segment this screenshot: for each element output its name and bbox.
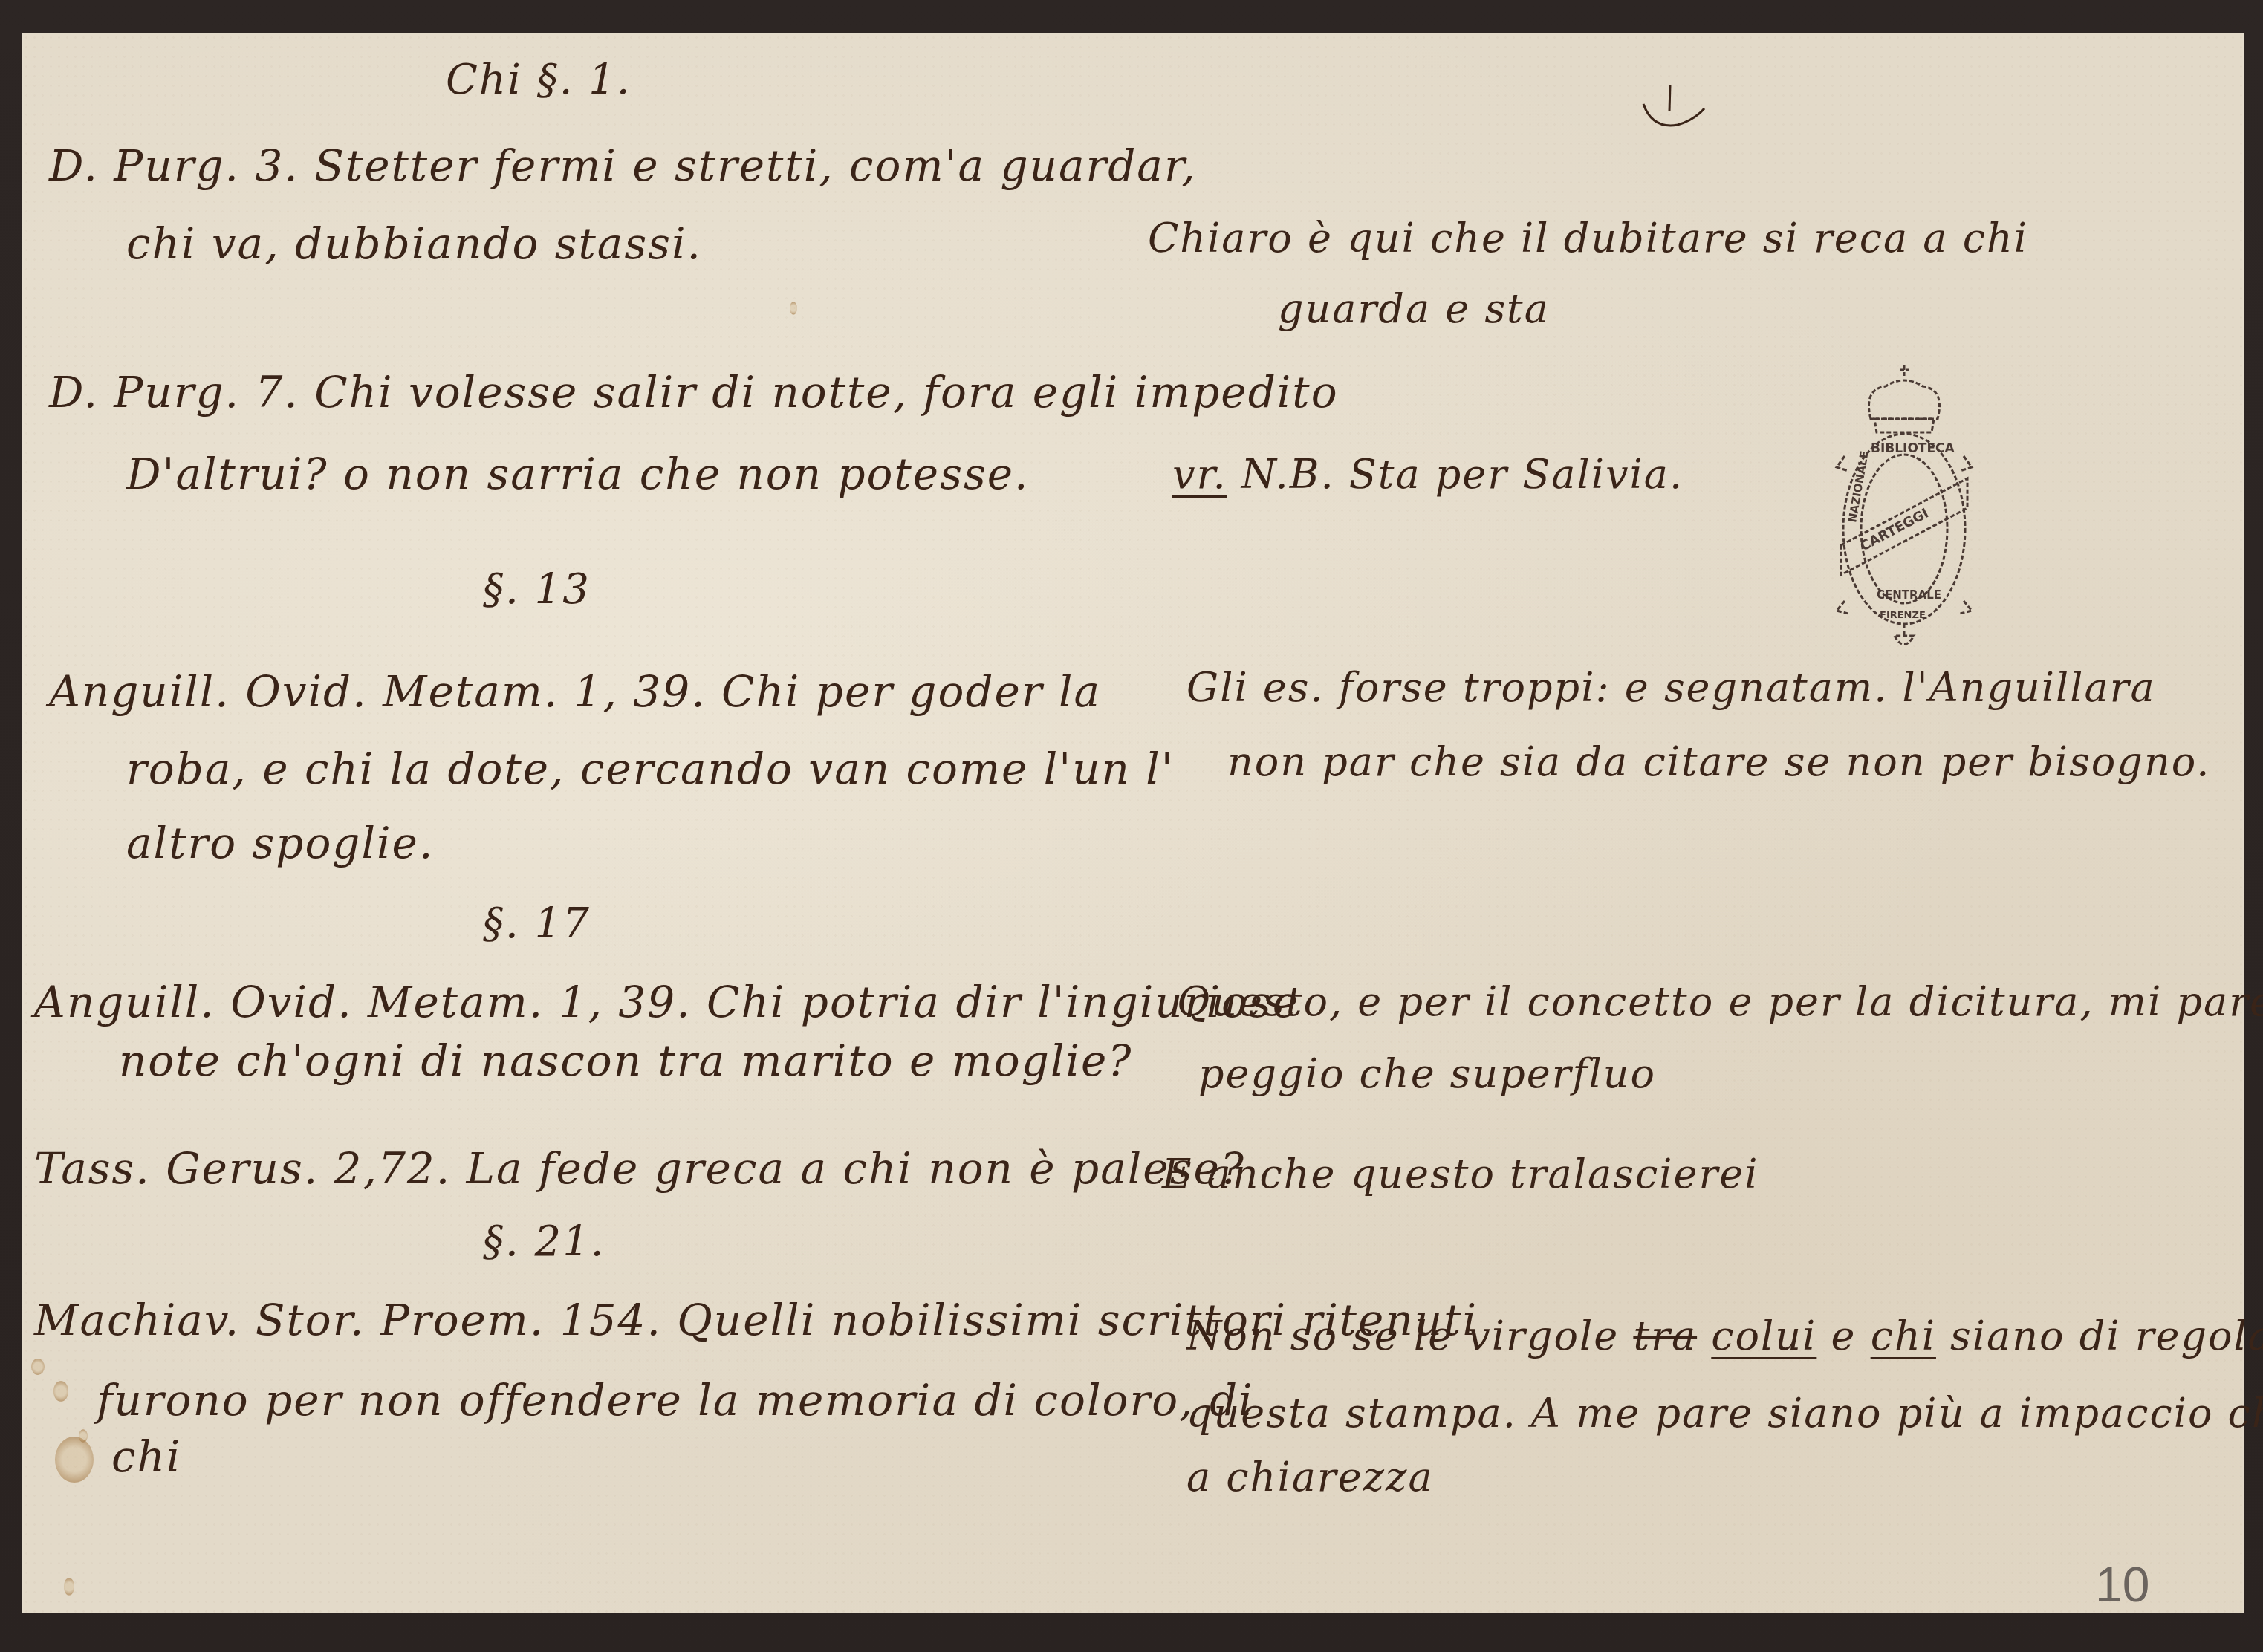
- foxing-stain: [31, 1359, 45, 1375]
- note-virgole-space: [1697, 1313, 1711, 1359]
- section-21-line2: furono per non offendere la memoria di c…: [97, 1379, 1254, 1422]
- note-vr-prefix: vr.: [1172, 451, 1227, 498]
- foxing-stain: [53, 1381, 68, 1402]
- section-17-metam-line1: Anguill. Ovid. Metam. 1, 39. Chi potria …: [34, 981, 1299, 1024]
- section-17-tasso-line: Tass. Gerus. 2,72. La fede greca a chi n…: [34, 1147, 1245, 1190]
- heading-section-13: §. 13: [483, 569, 591, 611]
- library-stamp-icon: BIBLIOTECA NAZIONALE CARTEGGI CENTRALE F…: [1834, 360, 1975, 649]
- manuscript-sheet: Chi §. 1. D. Purg. 3. Stetter fermi e st…: [22, 33, 2244, 1613]
- note-chiaro-line2: guarda e sta: [1278, 289, 1550, 329]
- foxing-stain: [55, 1437, 94, 1483]
- note-virgole-text: Non so se le virgole: [1186, 1313, 1633, 1359]
- foxing-stain: [79, 1429, 88, 1443]
- note-gli-es-line2: non par che sia da citare se non per bis…: [1227, 742, 2210, 782]
- stamp-text-biblioteca: BIBLIOTECA: [1871, 441, 1955, 456]
- folio-mark-icon: [1627, 76, 1716, 135]
- entry-purg3-line1: D. Purg. 3. Stetter fermi e stretti, com…: [49, 144, 1197, 187]
- entry-purg7-line1: D. Purg. 7. Chi volesse salir di notte, …: [49, 371, 1339, 414]
- note-virgole-underlined-chi: chi: [1871, 1313, 1936, 1359]
- section-13-line2: roba, e chi la dote, cercando van come l…: [126, 747, 1175, 790]
- heading-section-17: §. 17: [483, 903, 591, 945]
- note-virgole-underlined-colui: colui: [1711, 1313, 1816, 1359]
- section-13-line3: altro spoglie.: [126, 822, 434, 865]
- note-virgole-line1: Non so se le virgole tra colui e chi sia…: [1186, 1316, 2263, 1356]
- heading-chi-section-1: Chi §. 1.: [446, 59, 632, 101]
- note-gli-es-line1: Gli es. forse troppi: e segnatam. l'Angu…: [1186, 668, 2156, 708]
- note-virgole-text: e: [1816, 1313, 1870, 1359]
- note-questo-line1: Questo, e per il concetto e per la dicit…: [1177, 982, 2263, 1022]
- foxing-stain: [64, 1578, 74, 1596]
- section-17-metam-line2: note ch'ogni di nascon tra marito e mogl…: [119, 1039, 1132, 1082]
- note-questo-line2: peggio che superfluo: [1198, 1054, 1656, 1094]
- svg-text:CENTRALE: CENTRALE: [1877, 588, 1941, 602]
- note-virgole-text: siano di regola in: [1936, 1313, 2263, 1359]
- note-anche-questo: E anche questo tralascierei: [1162, 1154, 1759, 1194]
- note-virgole-line2: questa stampa. A me pare siano più a imp…: [1186, 1394, 2263, 1434]
- entry-purg7-line2: D'altrui? o non sarria che non potesse.: [126, 452, 1029, 495]
- note-virgole-line3: a chiarezza: [1186, 1457, 1434, 1497]
- foxing-stain: [790, 302, 797, 315]
- note-chiaro-line1: Chiaro è qui che il dubitare si reca a c…: [1148, 218, 2028, 258]
- note-vr-nb: vr. N.B. Sta per Salivia.: [1172, 455, 1684, 495]
- note-virgole-struck-word: tra: [1633, 1313, 1697, 1359]
- section-21-line3: chi: [111, 1435, 181, 1478]
- page-number: 10: [2095, 1560, 2149, 1609]
- heading-section-21: §. 21.: [483, 1221, 605, 1263]
- entry-purg3-line2: chi va, dubbiando stassi.: [126, 222, 702, 265]
- section-13-line1: Anguill. Ovid. Metam. 1, 39. Chi per god…: [49, 670, 1101, 713]
- note-vr-text: N.B. Sta per Salivia.: [1241, 451, 1684, 498]
- svg-text:FIRENZE: FIRENZE: [1880, 610, 1926, 621]
